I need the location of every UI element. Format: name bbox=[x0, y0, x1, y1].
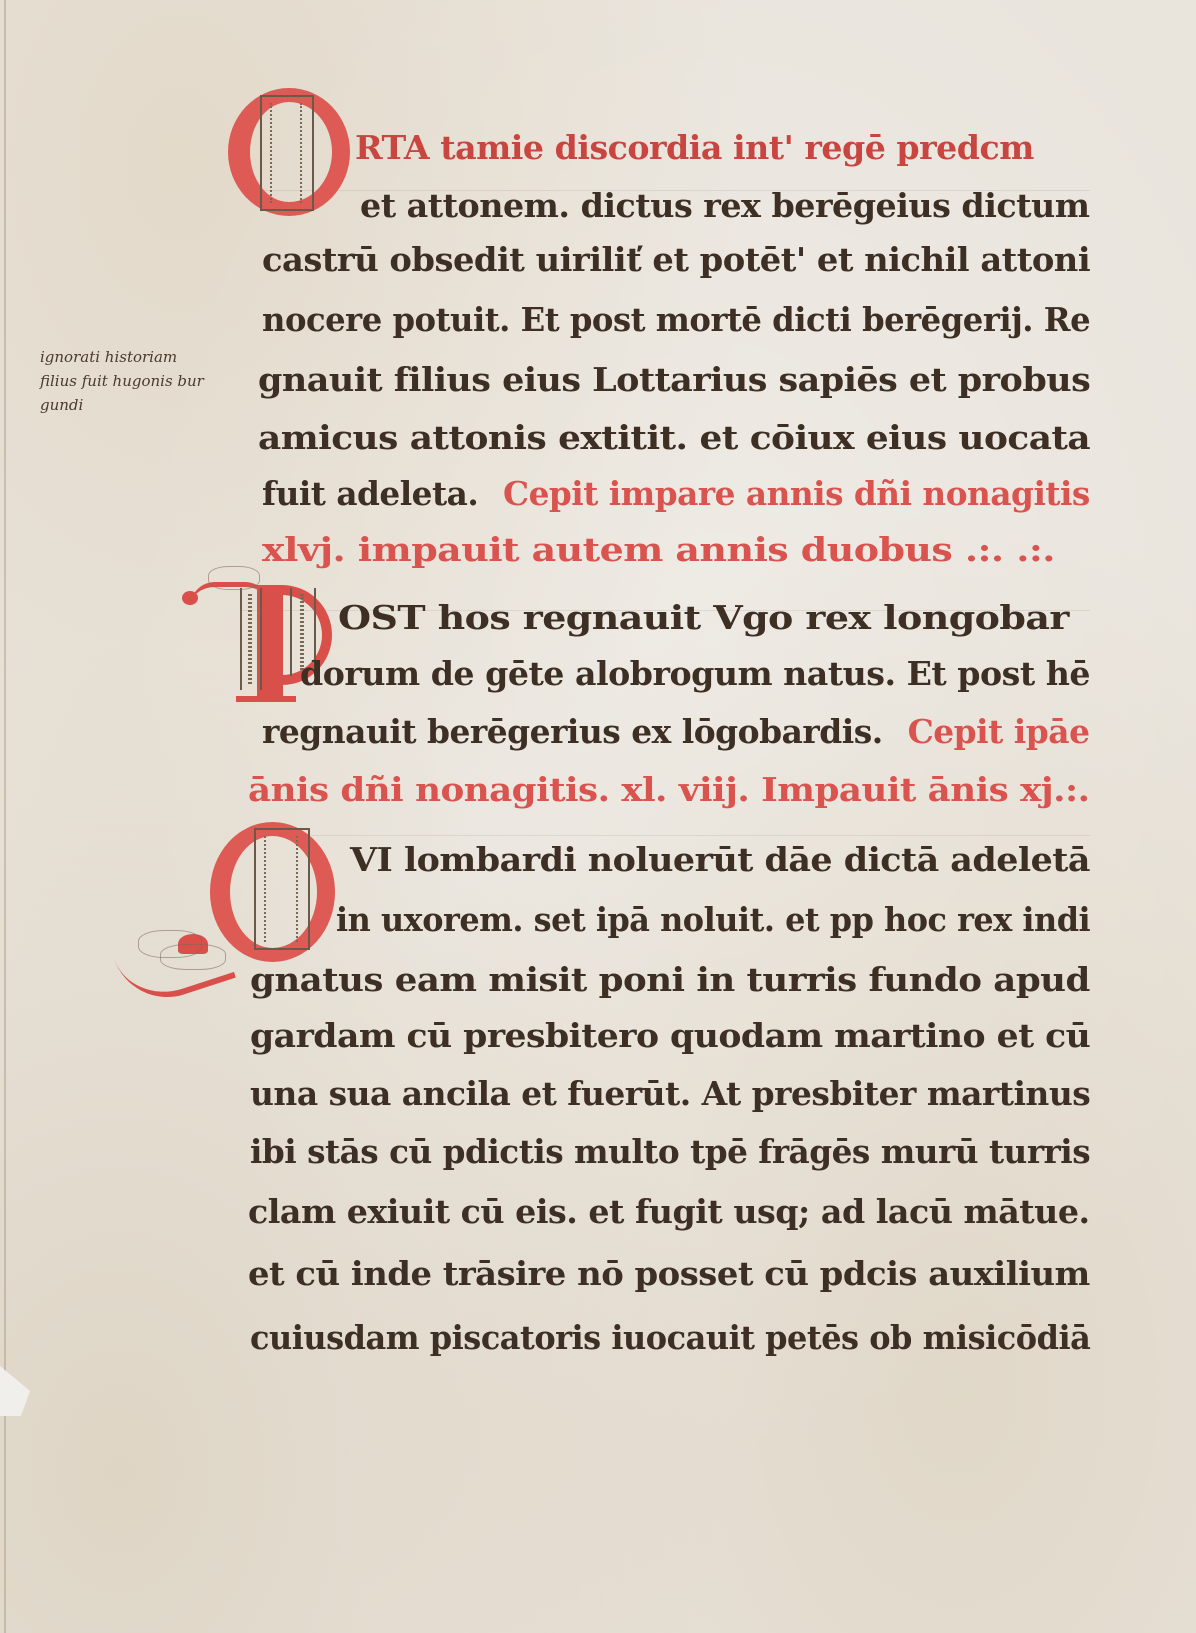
text-line: in uxorem. set ipā noluit. et pp hoc rex… bbox=[336, 900, 1090, 939]
text-line: et attonem. dictus rex berēgeius dictum bbox=[360, 186, 1090, 225]
text-line: clam exiuit cū eis. et fugit usq; ad lac… bbox=[248, 1192, 1090, 1231]
text-line: nocere potuit. Et post mortē dicti berēg… bbox=[262, 300, 1090, 339]
rubric-line: ānis dñi nonagitis. xl. viij. Impauit ān… bbox=[248, 770, 1090, 809]
text-line-content: RTA tamie discordia int' regē predcm bbox=[355, 128, 1034, 167]
marginal-note: ignorati historiam filius fuit hugonis b… bbox=[40, 345, 250, 417]
text-line: castrū obsedit uiriliť et potēt' et nich… bbox=[262, 240, 1090, 279]
rubric-line: xlvj. impauit autem annis duobus .:. .:. bbox=[262, 530, 1055, 569]
marginal-line: gundi bbox=[40, 393, 250, 417]
text-line: una sua ancila et fuerūt. At presbiter m… bbox=[250, 1074, 1090, 1113]
text-segment: regnauit berēgerius ex lōgobardis. bbox=[262, 712, 883, 751]
text-line: dorum de gēte alobrogum natus. Et post h… bbox=[300, 654, 1090, 693]
text-line: VI lombardi noluerūt dāe dictā adeletā bbox=[350, 840, 1090, 879]
text-line: ibi stās cū pdictis multo tpē frāgēs mur… bbox=[250, 1132, 1090, 1171]
initial-o-filigree bbox=[260, 95, 314, 211]
text-line: fuit adeleta. Cepit impare annis dñi non… bbox=[262, 474, 1090, 513]
text-line: gnatus eam misit poni in turris fundo ap… bbox=[250, 960, 1090, 999]
initial-p-foot bbox=[236, 696, 296, 702]
marginal-line: filius fuit hugonis bur bbox=[40, 369, 250, 393]
initial-q-filigree bbox=[254, 828, 310, 950]
text-line: gnauit filius eius Lottarius sapiēs et p… bbox=[258, 360, 1090, 399]
initial-p-filigree bbox=[240, 588, 262, 690]
text-line: amicus attonis extitit. et cōiux eius uo… bbox=[258, 418, 1090, 457]
text-line: gardam cū presbitero quodam martino et c… bbox=[250, 1016, 1090, 1055]
ruling-line bbox=[240, 835, 1090, 836]
text-line: cuiusdam piscatoris iuocauit petēs ob mi… bbox=[250, 1318, 1090, 1357]
text-line: regnauit berēgerius ex lōgobardis. Cepit… bbox=[262, 712, 1090, 751]
text-segment: fuit adeleta. bbox=[262, 474, 478, 513]
pen-flourish bbox=[160, 944, 226, 970]
text-line: OST hos regnauit Vgo rex longobar bbox=[338, 598, 1069, 637]
pen-flourish bbox=[208, 566, 260, 590]
rubric-segment: Cepit ipāe bbox=[908, 712, 1090, 751]
rubric-segment: Cepit impare annis dñi nonagitis bbox=[503, 474, 1090, 513]
page-tear bbox=[0, 1366, 30, 1416]
marginal-line: ignorati historiam bbox=[40, 345, 250, 369]
initial-p-ball bbox=[182, 591, 198, 605]
text-line: et cū inde trāsire nō posset cū pdcis au… bbox=[248, 1254, 1090, 1293]
text-line: RTA tamie discordia int' regē predcm bbox=[355, 128, 1090, 167]
